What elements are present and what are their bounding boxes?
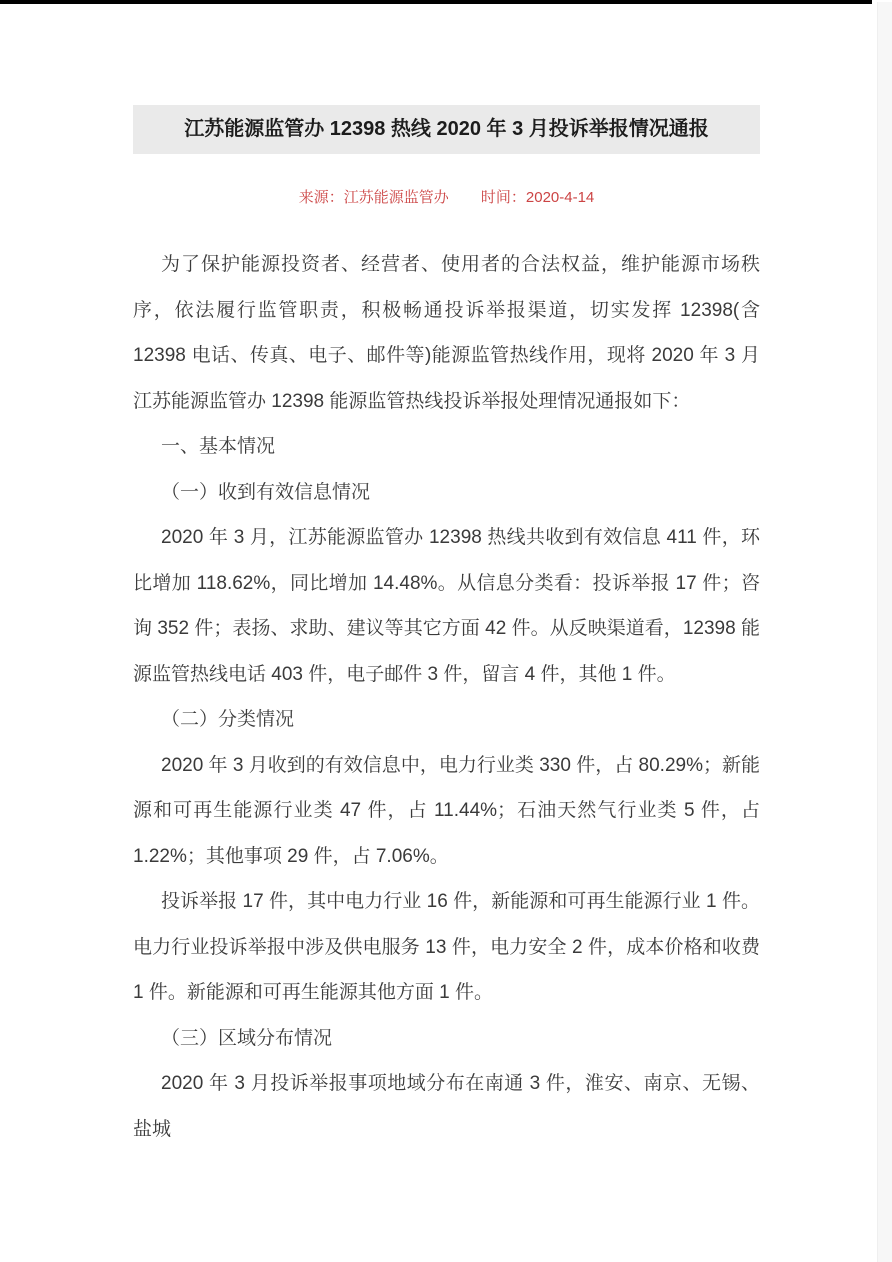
article-title: 江苏能源监管办 12398 热线 2020 年 3 月投诉举报情况通报	[133, 105, 760, 154]
paragraph: 2020 年 3 月，江苏能源监管办 12398 热线共收到有效信息 411 件…	[133, 515, 760, 697]
article-meta: 来源：江苏能源监管办 时间：2020-4-14	[133, 188, 760, 208]
subsection-heading: （三）区域分布情况	[133, 1016, 760, 1062]
subsection-heading: （一）收到有效信息情况	[133, 470, 760, 516]
paragraph: 为了保护能源投资者、经营者、使用者的合法权益，维护能源市场秩序，依法履行监管职责…	[133, 242, 760, 424]
page-top-border	[0, 0, 872, 4]
source-label: 来源：江苏能源监管办	[299, 189, 449, 206]
subsection-heading: （二）分类情况	[133, 697, 760, 743]
publish-time-label: 时间：2020-4-14	[481, 189, 594, 206]
scrollbar-track[interactable]	[877, 2, 892, 1262]
paragraph: 2020 年 3 月收到的有效信息中，电力行业类 330 件，占 80.29%；…	[133, 743, 760, 880]
article-body: 为了保护能源投资者、经营者、使用者的合法权益，维护能源市场秩序，依法履行监管职责…	[133, 242, 760, 1152]
article: 江苏能源监管办 12398 热线 2020 年 3 月投诉举报情况通报 来源：江…	[133, 105, 760, 1152]
section-heading: 一、基本情况	[133, 424, 760, 470]
paragraph: 2020 年 3 月投诉举报事项地域分布在南通 3 件，淮安、南京、无锡、盐城	[133, 1061, 760, 1152]
paragraph: 投诉举报 17 件，其中电力行业 16 件，新能源和可再生能源行业 1 件。电力…	[133, 879, 760, 1016]
